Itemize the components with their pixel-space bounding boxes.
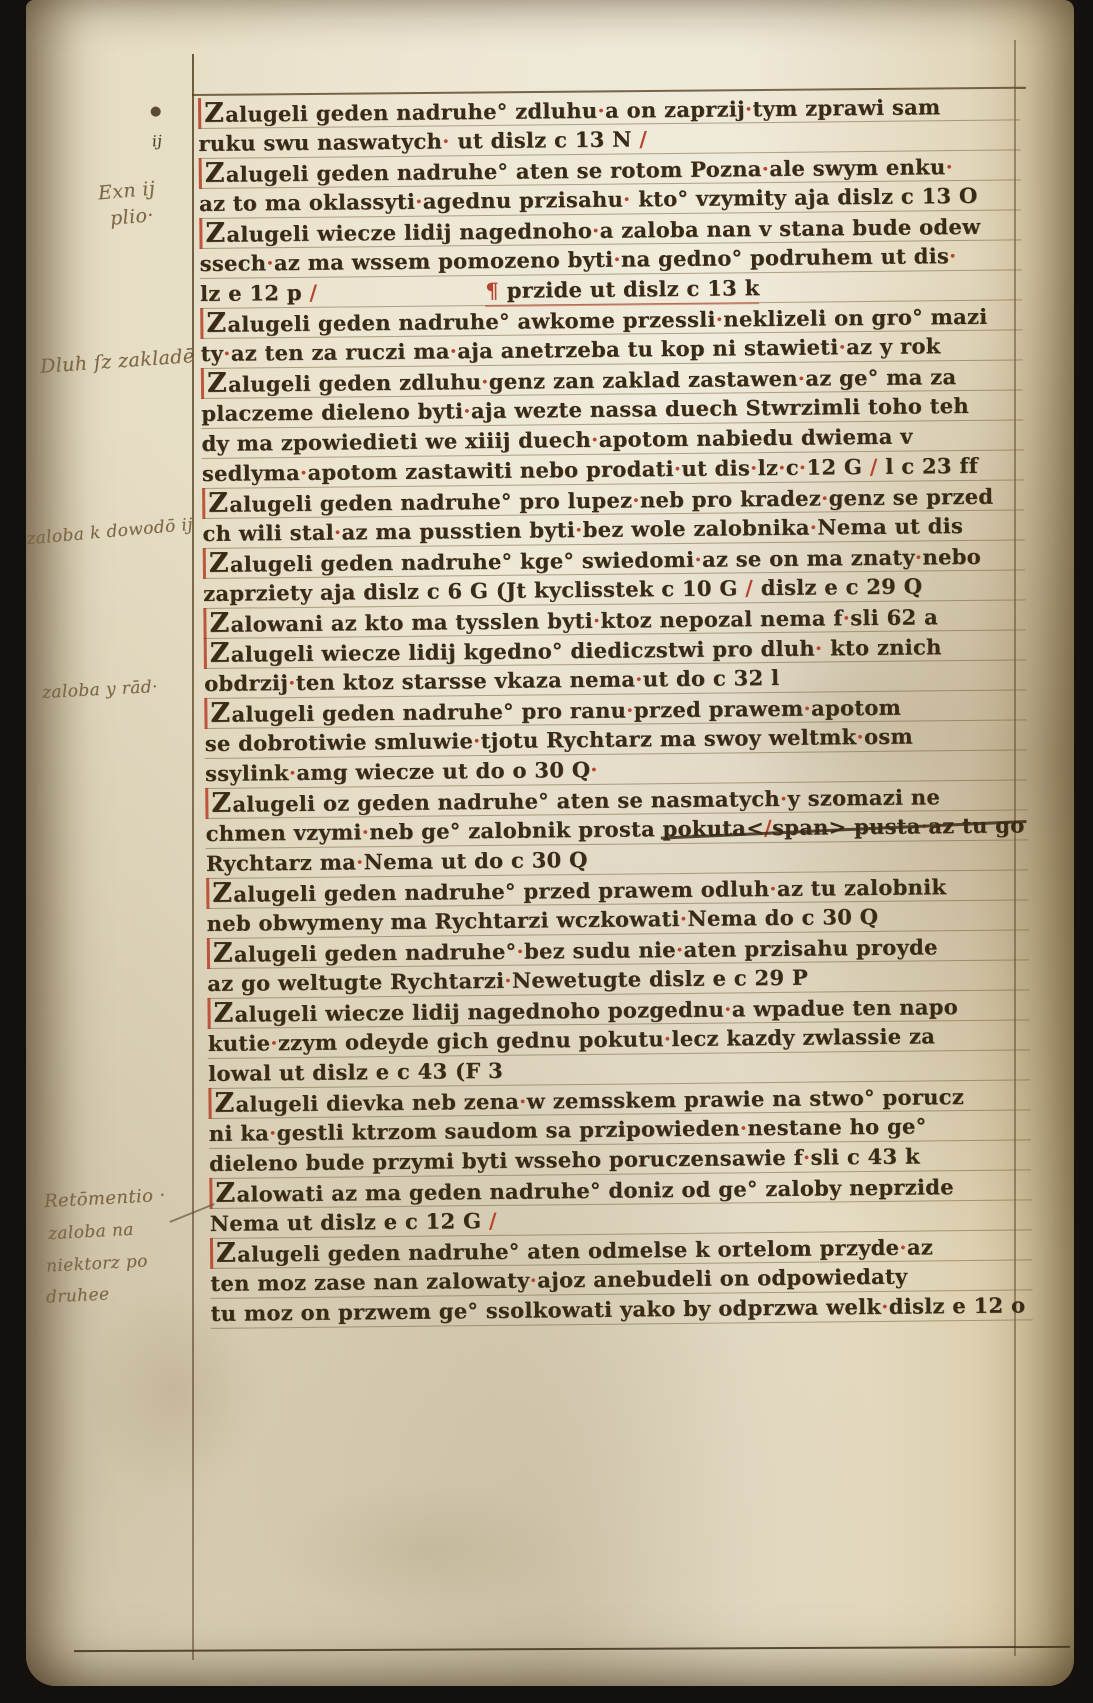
rubric-mark: · [899,1235,907,1260]
margin-note-retornentio-1: Retōmentio · [44,1185,167,1212]
rubric-mark: · [821,485,829,510]
margin-note-exemplo-2: plio· [109,204,155,230]
paragraph-initial: Z [204,698,230,729]
rubric-mark: · [674,456,682,481]
rubric-mark: · [799,455,807,480]
rubric-mark: · [450,338,458,363]
ruling-line-vertical-left [192,54,194,1660]
rubric-mark: · [575,517,583,542]
rubric-mark: · [356,849,364,874]
margin-mark-ij: ij [151,132,162,151]
paragraph-initial: Z [199,218,225,249]
margin-note-retornentio-3: niektorz po [46,1251,149,1276]
rubric-mark: · [362,819,370,844]
rubric-mark: · [519,1089,527,1114]
rubric-mark: · [269,1120,277,1145]
rubric-mark: · [334,520,342,545]
rubric-mark: · [780,786,788,811]
margin-note-retornentio-4: druhee [46,1284,110,1307]
rubric-note: ¶ przide ut dislz c 13 k [485,273,759,307]
rubric-mark: / [489,1208,497,1233]
margin-note-zaloba-dowod: zaloba k dowodō ij [25,515,193,549]
rubric-mark: · [635,666,643,691]
struck-word: pokuta</span> pusta·az tu go [662,812,1024,841]
paragraph-initial: Z [206,878,232,909]
rubric-mark: · [680,906,688,931]
rubric-mark: · [266,250,274,275]
rubric-mark: · [529,1268,537,1293]
rubric-mark: / [745,575,753,600]
paragraph-initial: Z [199,158,225,189]
rubric-mark: · [778,455,786,480]
paragraph-initial: Z [205,788,231,819]
rubric-mark: · [803,696,811,721]
rubric-mark: · [288,670,296,695]
rubric-mark: · [798,366,806,391]
rubric-mark: · [716,307,724,332]
paragraph-initial: Z [210,1238,236,1269]
margin-note-retornentio-2: zaloba na [48,1220,135,1244]
rubric-mark: · [597,98,605,123]
rubric-mark: · [676,937,684,962]
rubric-mark: · [270,1030,278,1055]
rubric-mark: · [300,460,308,485]
margin-note-dluh: Dluh ſz zakladē · [39,344,208,378]
rubric-mark: · [473,728,481,753]
rubric-mark: / [764,815,772,840]
paragraph-initial: Z [203,548,229,579]
rubric-mark: · [626,697,634,722]
rubric-mark: · [613,247,621,272]
parchment-stain [276,1480,576,1620]
rubric-mark: · [815,635,823,660]
rubric-mark: · [803,1145,811,1170]
paragraph-dot: ● [150,104,162,119]
rubric-mark: · [949,243,957,268]
rubric-mark: ¶ [485,278,499,303]
paragraph-initial: Z [207,938,233,969]
margin-note-exemplo-1: Exn ij [97,178,156,205]
rubric-mark: / [309,280,317,305]
rubric-mark: · [664,1026,672,1051]
margin-note-zaloba-rad: zaloba y rād· [42,677,159,703]
rubric-mark: / [870,454,878,479]
rubric-mark: · [838,334,846,359]
paragraph-initial: Z [201,368,227,399]
rubric-mark: · [769,876,777,901]
rubric-mark: · [223,341,231,366]
rubric-mark: · [945,154,953,179]
paragraph-initial: Z [204,638,230,669]
rubric-mark: · [504,968,512,993]
rubric-mark: · [745,96,753,121]
rubric-mark: · [593,608,601,633]
paragraph-initial: Z [202,488,228,519]
rubric-mark: · [415,189,423,214]
rubric-mark: · [442,128,450,153]
paragraph-initial: Z [198,98,224,129]
rubric-mark: · [881,1294,889,1319]
rubric-mark: · [289,760,297,785]
rubric-mark: · [724,996,732,1021]
rubric-mark: · [762,156,770,181]
paragraph-initial: Z [207,998,233,1029]
rubric-mark: · [590,757,598,782]
rubric-mark: · [750,455,758,480]
paragraph-initial: Z [208,1088,234,1119]
paragraph-initial: Z [203,608,229,639]
rubric-mark: · [856,724,864,749]
rubric-mark: · [915,544,923,569]
paragraph-initial: Z [200,308,226,339]
rubric-mark: · [592,218,600,243]
rubric-mark: · [591,427,599,452]
rubric-mark: · [516,939,524,964]
rubric-mark: · [623,186,631,211]
text-block: Zalugeli geden nadruhe° zdluhu·a on zapr… [198,90,1033,1329]
rubric-mark: · [463,398,471,423]
rubric-mark: · [921,813,929,838]
rubric-mark: / [639,126,647,151]
rubric-mark: · [740,1115,748,1140]
rubric-mark: · [843,605,851,630]
rubric-mark: · [694,547,702,572]
rubric-mark: · [481,369,489,394]
manuscript-scan: { "document": { "kind": "medieval manusc… [0,0,1093,1703]
rubric-mark: · [632,487,640,512]
rubric-mark: · [810,515,818,540]
